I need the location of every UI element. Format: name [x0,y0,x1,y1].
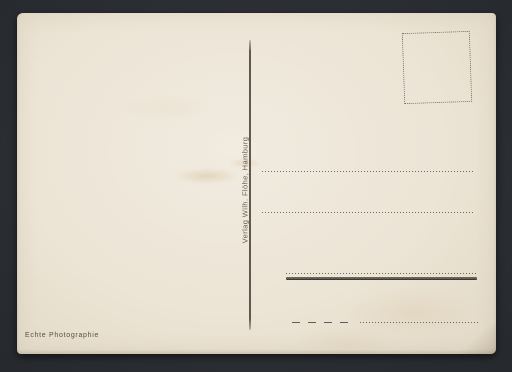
publisher-imprint-text: Verlag Wilh. Flöhe, Hamburg [241,137,250,244]
photo-type-label: Echte Photographie [25,332,99,339]
address-line-solid [286,277,477,280]
address-line-4-dots [360,322,478,323]
stamp-box [402,31,472,104]
address-line-2 [262,212,473,213]
corner-wear-shading [456,324,496,354]
address-line-4-dashes [292,322,355,323]
address-line-3 [286,273,476,274]
address-line-1 [262,171,473,172]
postcard-back: Verlag Wilh. Flöhe, Hamburg Echte Photog… [17,13,496,354]
